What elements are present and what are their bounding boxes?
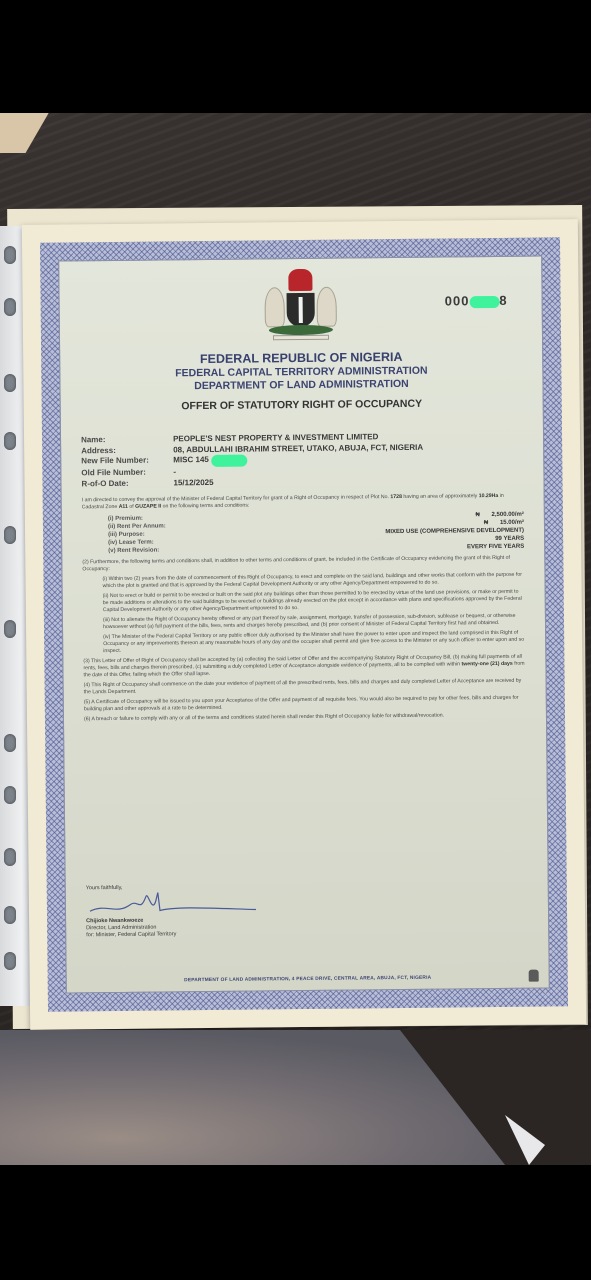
certificate-sheet: 0008 FEDERAL REPUBLIC OF NIGERIA FEDERAL… [22, 219, 586, 1030]
document-title: OFFER OF STATUTORY RIGHT OF OCCUPANCY [61, 396, 543, 413]
photo-scene: 0008 FEDERAL REPUBLIC OF NIGERIA FEDERAL… [0, 113, 591, 1165]
clause-6: (6) A breach or failure to comply with a… [84, 712, 526, 724]
field-value: MISC 145 [173, 455, 209, 467]
signature-icon [86, 887, 266, 919]
redaction-mark [469, 295, 499, 307]
punch-hole-icon [4, 848, 16, 866]
document-header: FEDERAL REPUBLIC OF NIGERIA FEDERAL CAPI… [60, 348, 543, 413]
signatory-for: for: Minister, Federal Capital Territory [86, 931, 176, 939]
clause-5: (5) A Certificate of Occupancy will be i… [84, 695, 526, 714]
punch-hole-icon [4, 246, 16, 264]
clause-2: (2) Furthermore, the following terms and… [82, 555, 524, 574]
punch-hole-icon [4, 432, 16, 450]
punch-hole-icon [4, 952, 16, 970]
punch-hole-icon [4, 906, 16, 924]
plot-area: 10.29Ha [479, 493, 499, 499]
punch-hole-icon [4, 526, 16, 544]
cadastral-zone: A11 [119, 504, 128, 510]
clause-2-item: (iii) Not to alienate the Right of Occup… [103, 613, 525, 631]
field-label: New File Number: [81, 455, 173, 468]
punch-hole-icon [4, 620, 16, 638]
small-coat-of-arms-icon [529, 970, 539, 982]
field-value: - [173, 467, 176, 478]
punch-hole-icon [4, 298, 16, 316]
signature-block: Yours faithfully, Chijioke Nwankwoeze Di… [86, 884, 177, 939]
clause-2-item: (ii) Not to erect or build or permit to … [103, 589, 525, 614]
terms-list: (i) Premium: ₦ 2,500.00/m² (ii) Rent Per… [108, 511, 524, 555]
punch-hole-icon [4, 374, 16, 392]
offer-body: I am directed to convey the approval of … [82, 493, 526, 724]
clause-2-item: (i) Within two (2) years from the date o… [102, 572, 524, 590]
field-label: R-of-O Date: [81, 478, 173, 489]
serial-number-prefix: 000 [445, 293, 470, 308]
document-footer: DEPARTMENT OF LAND ADMINISTRATION, 4 PEA… [67, 974, 549, 984]
serial-number-suffix: 8 [499, 293, 507, 308]
clause-4: (4) This Right of Occupancy shall commen… [84, 678, 526, 697]
intro-paragraph: I am directed to convey the approval of … [82, 493, 524, 512]
clause-3: (3) This Letter of Offer of Right of Occ… [83, 654, 525, 680]
district-name: GUZAPE II [135, 503, 161, 509]
redaction-mark [211, 455, 247, 467]
clause-2-item: (iv) The Minister of the Federal Capital… [103, 630, 525, 655]
punch-hole-icon [4, 734, 16, 752]
recipient-fields: Name: PEOPLE'S NEST PROPERTY & INVESTMEN… [81, 431, 524, 490]
plot-number: 1728 [390, 494, 402, 500]
nigeria-coat-of-arms-icon [252, 267, 349, 346]
field-value: 15/12/2025 [173, 477, 213, 488]
certificate-body: 0008 FEDERAL REPUBLIC OF NIGERIA FEDERAL… [58, 255, 550, 993]
serial-number: 0008 [445, 293, 508, 309]
punch-hole-icon [4, 786, 16, 804]
